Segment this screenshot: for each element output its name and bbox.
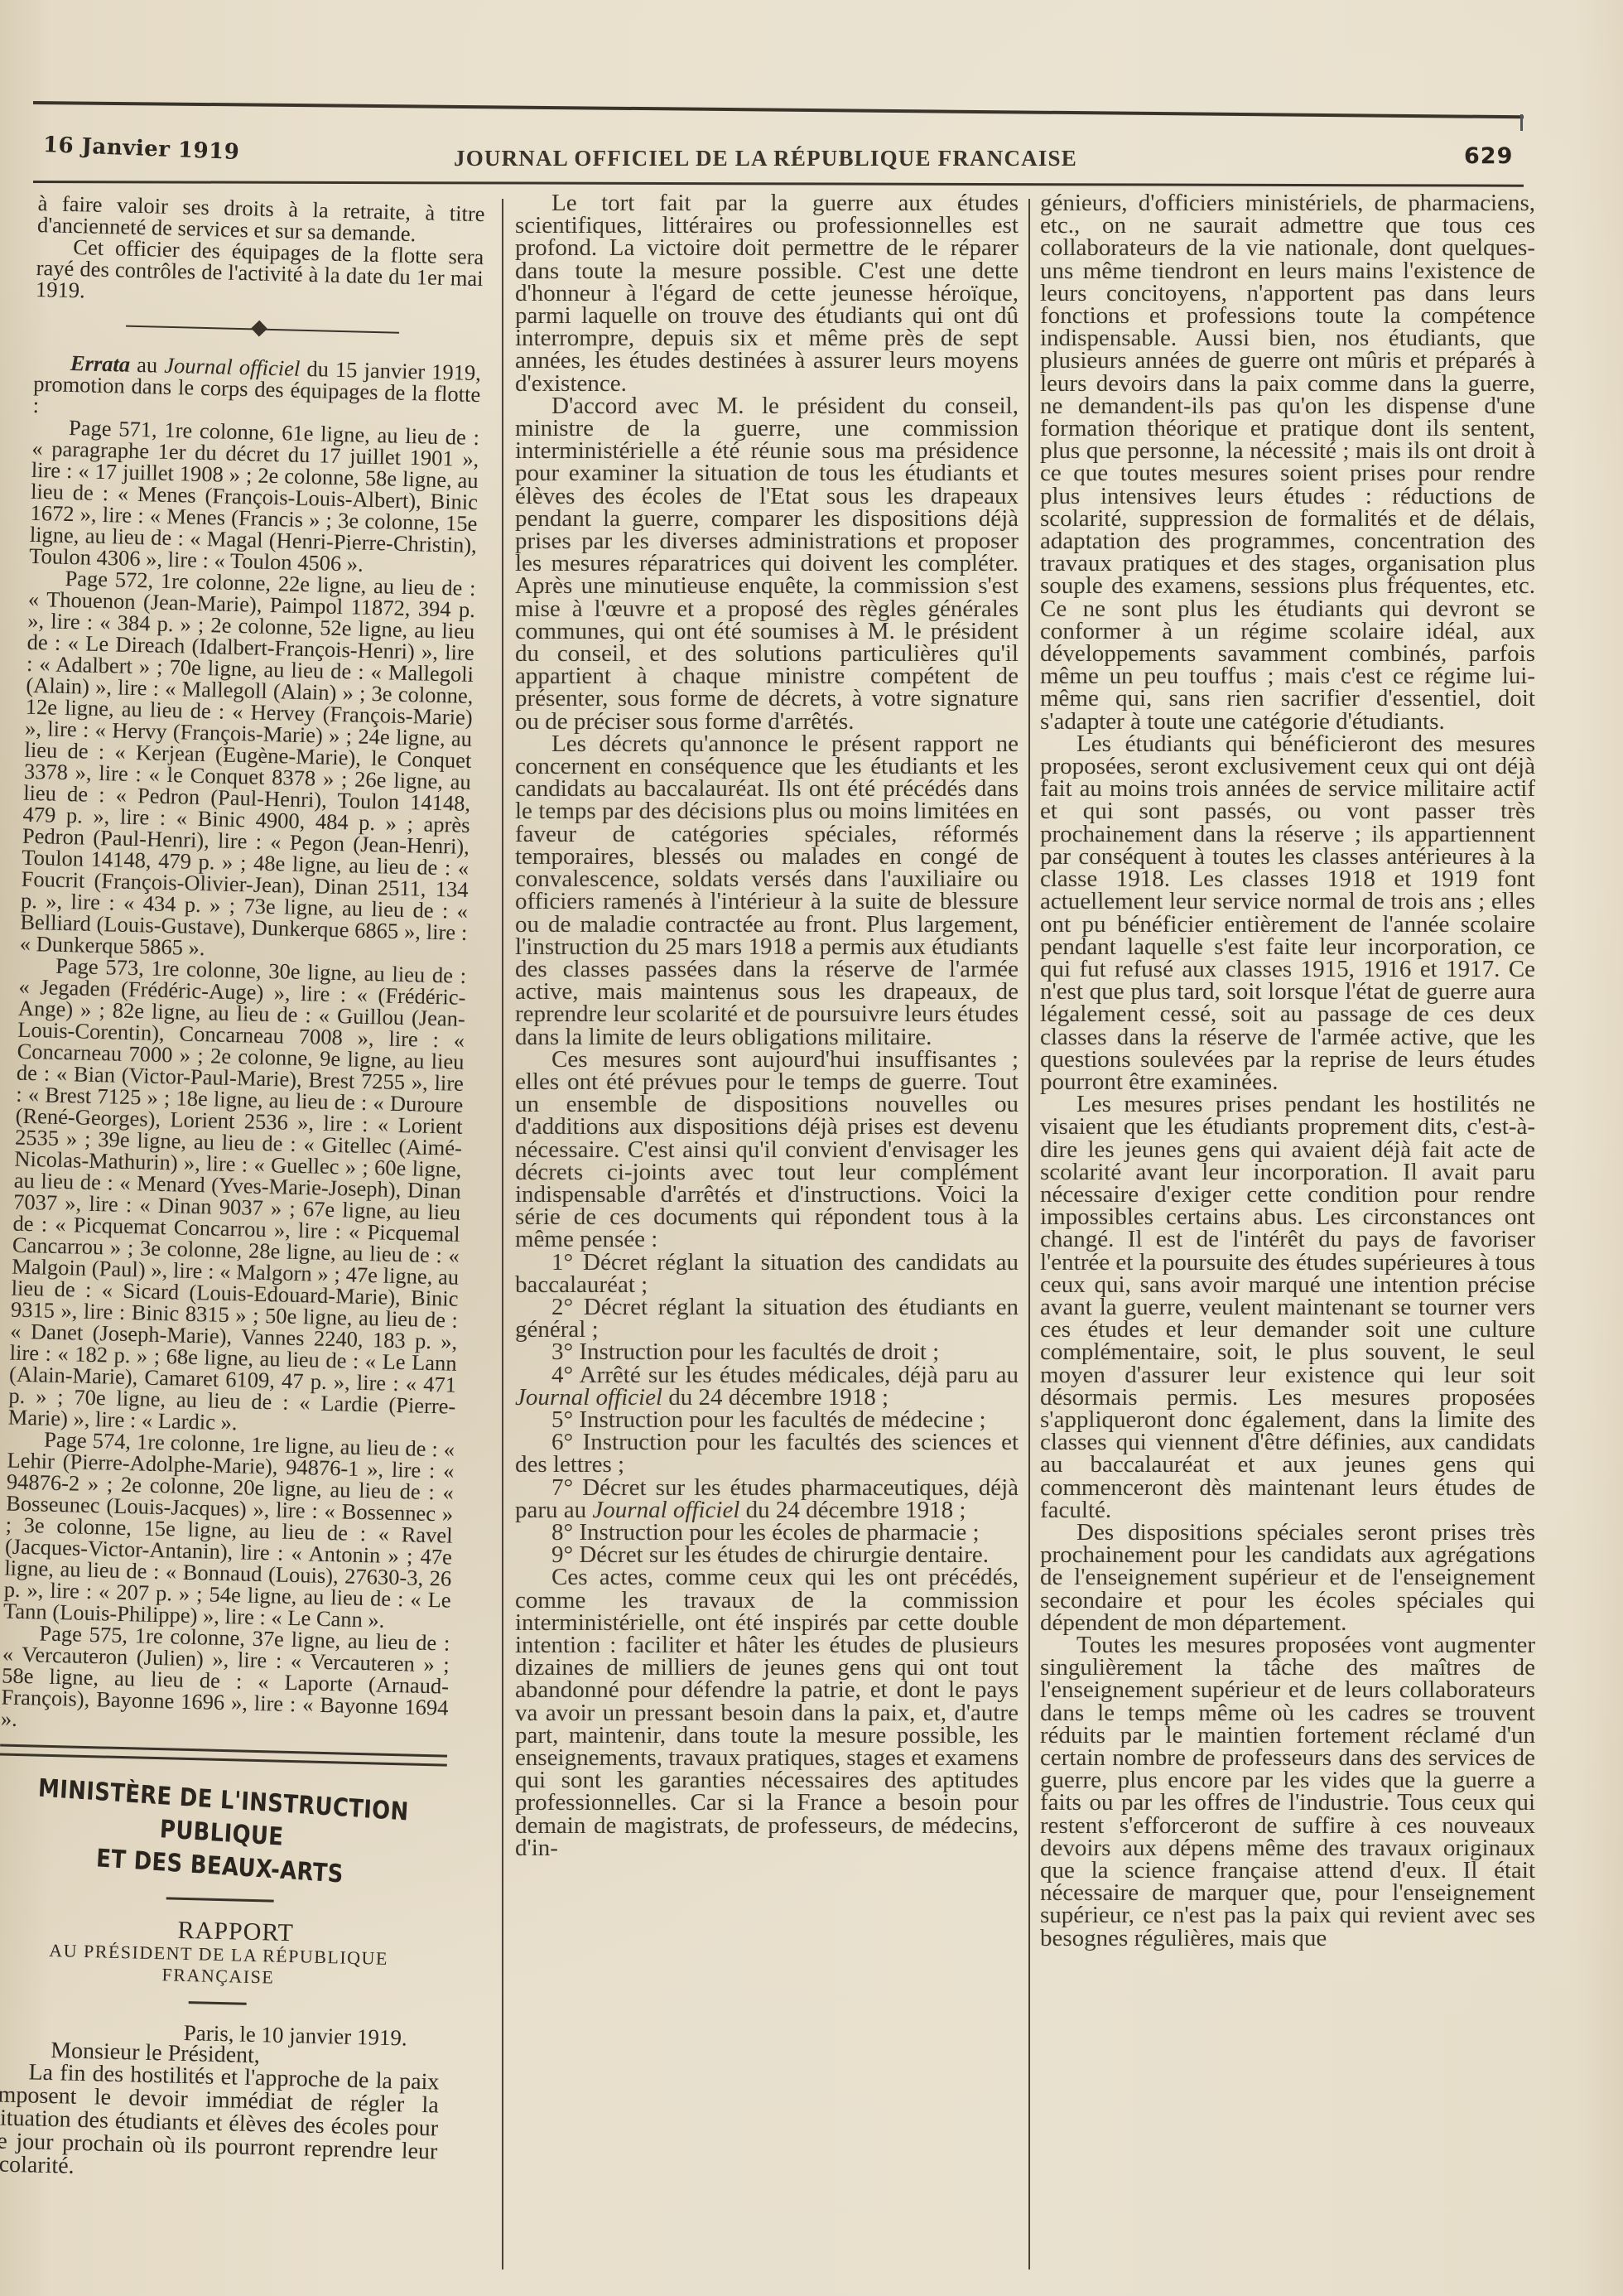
errata-entry: Page 571, 1re colonne, 61e ligne, au lie…: [29, 416, 479, 577]
margin-mark: [1520, 114, 1523, 131]
list-item: 4° Arrêté sur les études médicales, déjà…: [515, 1364, 1019, 1409]
column-rapport-part-2: génieurs, d'officiers ministériels, de p…: [1040, 192, 1535, 1950]
paragraph: Les mesures prises pendant les hostilité…: [1040, 1093, 1535, 1522]
page-number: 629: [1464, 143, 1513, 169]
column-errata-and-ministry: à faire valoir ses droits à la retraite,…: [0, 192, 485, 2187]
paragraph: Cet officier des équipages de la flotte …: [36, 235, 484, 311]
errata-entry: Page 572, 1re colonne, 22e ligne, au lie…: [20, 567, 476, 965]
paragraph: Le tort fait par la guerre aux études sc…: [515, 192, 1019, 395]
diamond-icon: [251, 321, 267, 337]
heading-rule: [189, 2001, 247, 2005]
paragraph: Les décrets qu'annonce le présent rappor…: [515, 733, 1019, 1049]
paragraph: La fin des hostilités et l'approche de l…: [0, 2060, 440, 2187]
ministry-heading: MINISTÈRE DE L'INSTRUCTION PUBLIQUE ET D…: [12, 1771, 430, 1897]
column-divider-right: [1028, 199, 1030, 2269]
errata-entry: Page 575, 1re colonne, 37e ligne, au lie…: [1, 1621, 450, 1739]
list-item: 9° Décret sur les études de chirurgie de…: [515, 1544, 1019, 1566]
list-item: 7° Décret sur les études pharmaceutiques…: [515, 1477, 1019, 1522]
errata-entry: Page 574, 1re colonne, 1re ligne, au lie…: [3, 1428, 455, 1633]
rapport-addressee: AU PRÉSIDENT DE LA RÉPUBLIQUE FRANÇAISE: [0, 1938, 442, 1992]
paragraph: génieurs, d'officiers ministériels, de p…: [1040, 192, 1535, 733]
column-divider-left: [502, 199, 503, 2269]
list-item: 6° Instruction pour les facultés des sci…: [515, 1431, 1019, 1476]
column-rapport-part-1: Le tort fait par la guerre aux études sc…: [515, 192, 1019, 1859]
section-ornament: [35, 311, 483, 347]
list-item: 5° Instruction pour les facultés de méde…: [515, 1409, 1019, 1431]
paragraph: Toutes les mesures proposées vont augmen…: [1040, 1634, 1535, 1950]
list-item: 2° Décret réglant la situation des étudi…: [515, 1296, 1019, 1341]
list-item: 1° Décret réglant la situation des candi…: [515, 1252, 1019, 1296]
paragraph: Des dispositions spéciales seront prises…: [1040, 1522, 1535, 1634]
paragraph: Ces actes, comme ceux qui les ont précéd…: [515, 1566, 1019, 1859]
paragraph: Ces mesures sont aujourd'hui insuffisant…: [515, 1049, 1019, 1252]
heading-rule: [166, 1897, 274, 1902]
errata-entry: Page 573, 1re colonne, 30e ligne, au lie…: [8, 954, 467, 1439]
journal-title: JOURNAL OFFICIEL DE LA RÉPUBLIQUE FRANCA…: [454, 146, 1077, 171]
section-double-rule: [0, 1744, 447, 1766]
paragraph: D'accord avec M. le président du conseil…: [515, 395, 1019, 733]
list-item: 8° Instruction pour les écoles de pharma…: [515, 1522, 1019, 1544]
paragraph: Les étudiants qui bénéficieront des mesu…: [1040, 733, 1535, 1093]
list-item: 3° Instruction pour les facultés de droi…: [515, 1341, 1019, 1363]
